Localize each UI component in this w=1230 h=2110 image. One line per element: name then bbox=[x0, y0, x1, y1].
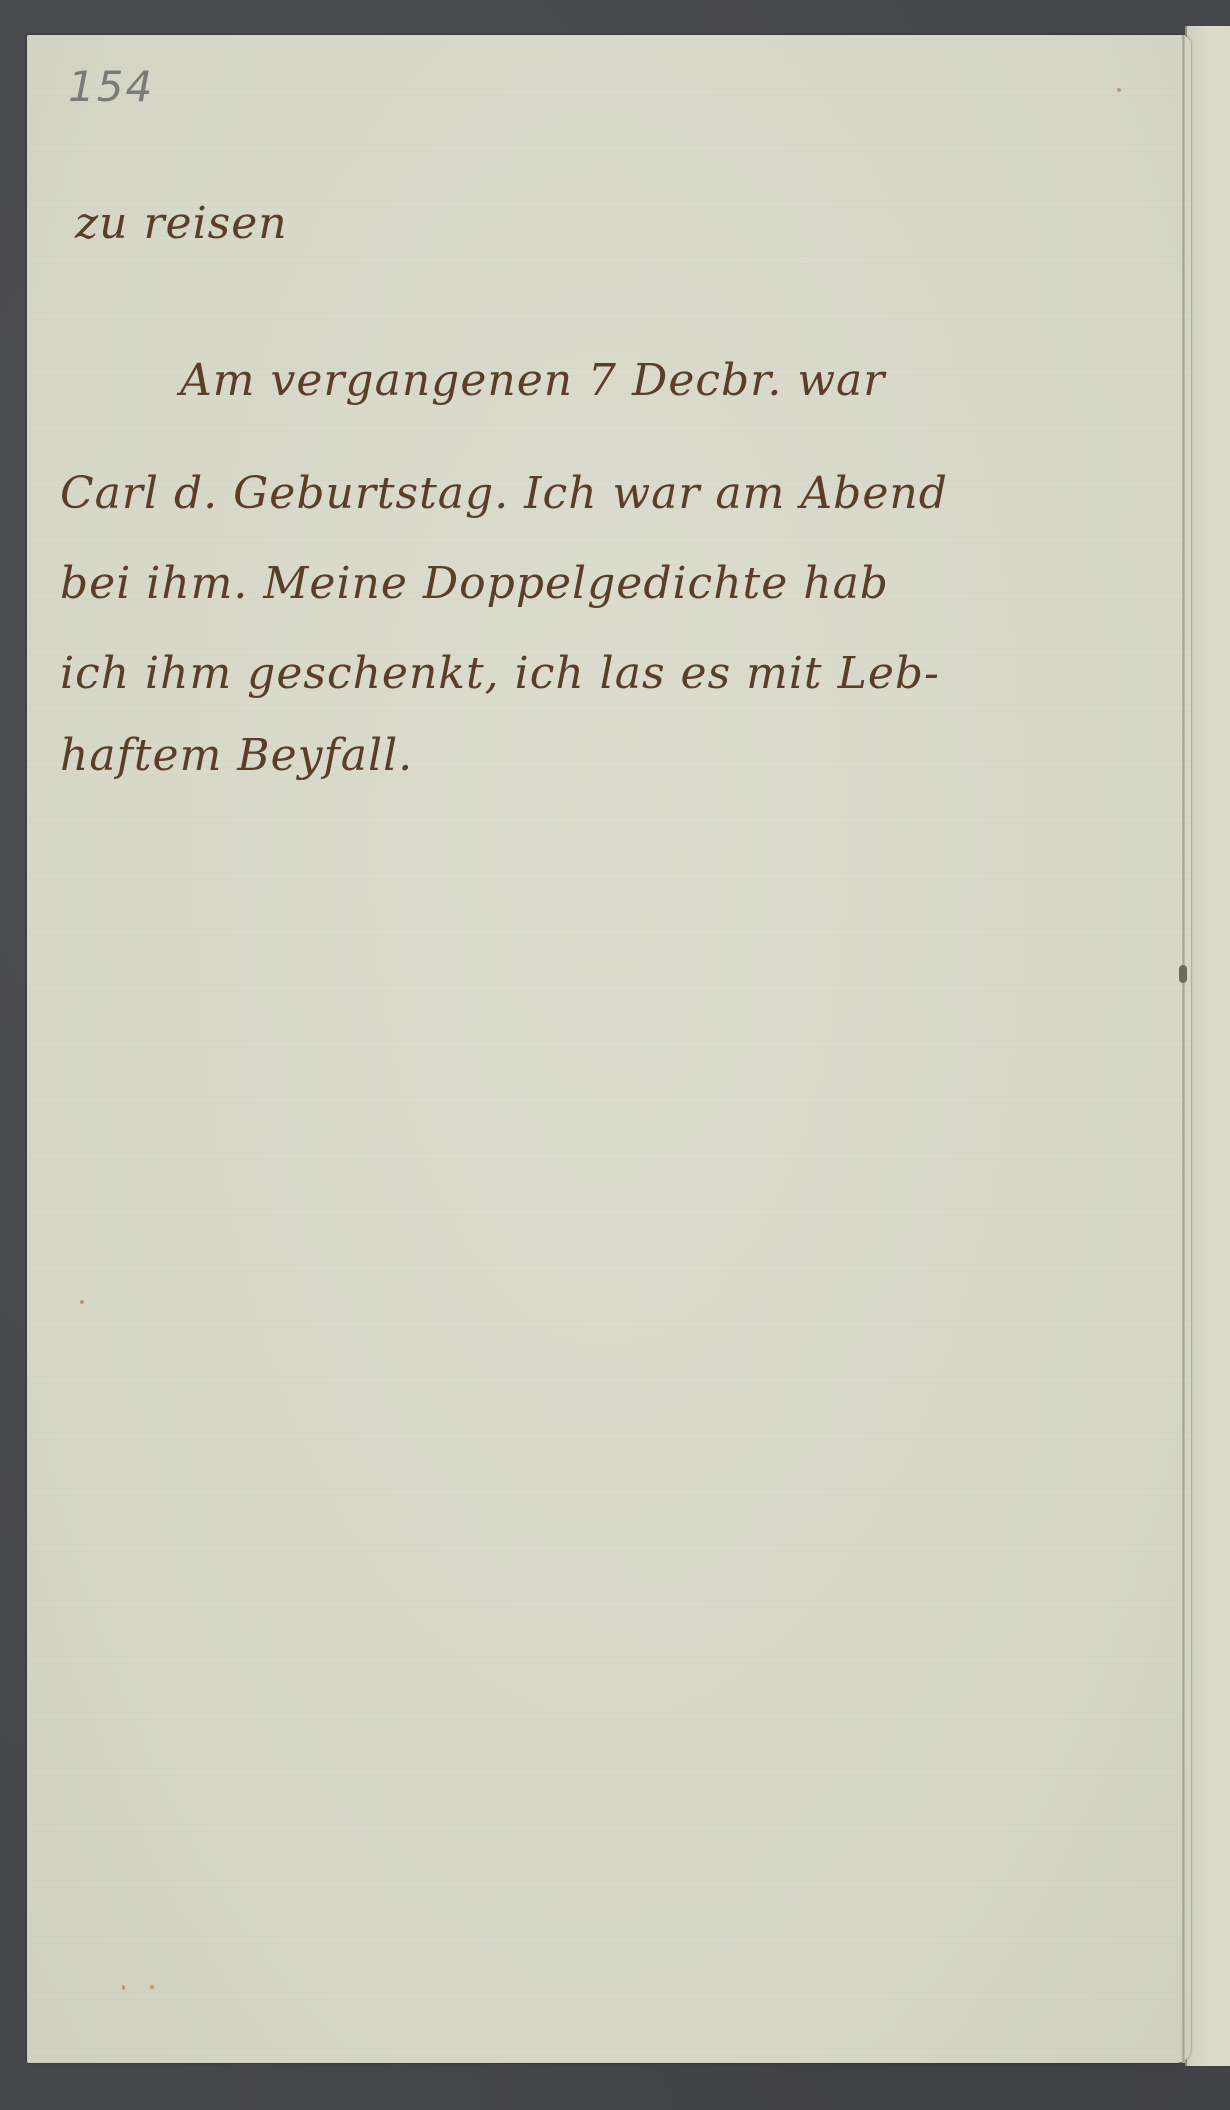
text-line: bei ihm. Meine Doppelgedichte hab bbox=[60, 558, 889, 609]
paper-speck bbox=[122, 1985, 125, 1990]
text-line: zu reisen bbox=[75, 198, 288, 249]
text-line: Am vergangenen 7 Decbr. war bbox=[180, 355, 885, 406]
paper-speck bbox=[150, 1985, 154, 1989]
text-line: ich ihm geschenkt, ich las es mit Leb- bbox=[60, 648, 940, 699]
paper-speck bbox=[80, 1300, 84, 1304]
paper-speck bbox=[1117, 88, 1121, 92]
handwritten-text: zu reisen Am vergangenen 7 Decbr. war Ca… bbox=[0, 0, 1230, 2110]
text-line: Carl d. Geburtstag. Ich war am Abend bbox=[60, 468, 948, 519]
text-line: haftem Beyfall. bbox=[60, 730, 413, 781]
